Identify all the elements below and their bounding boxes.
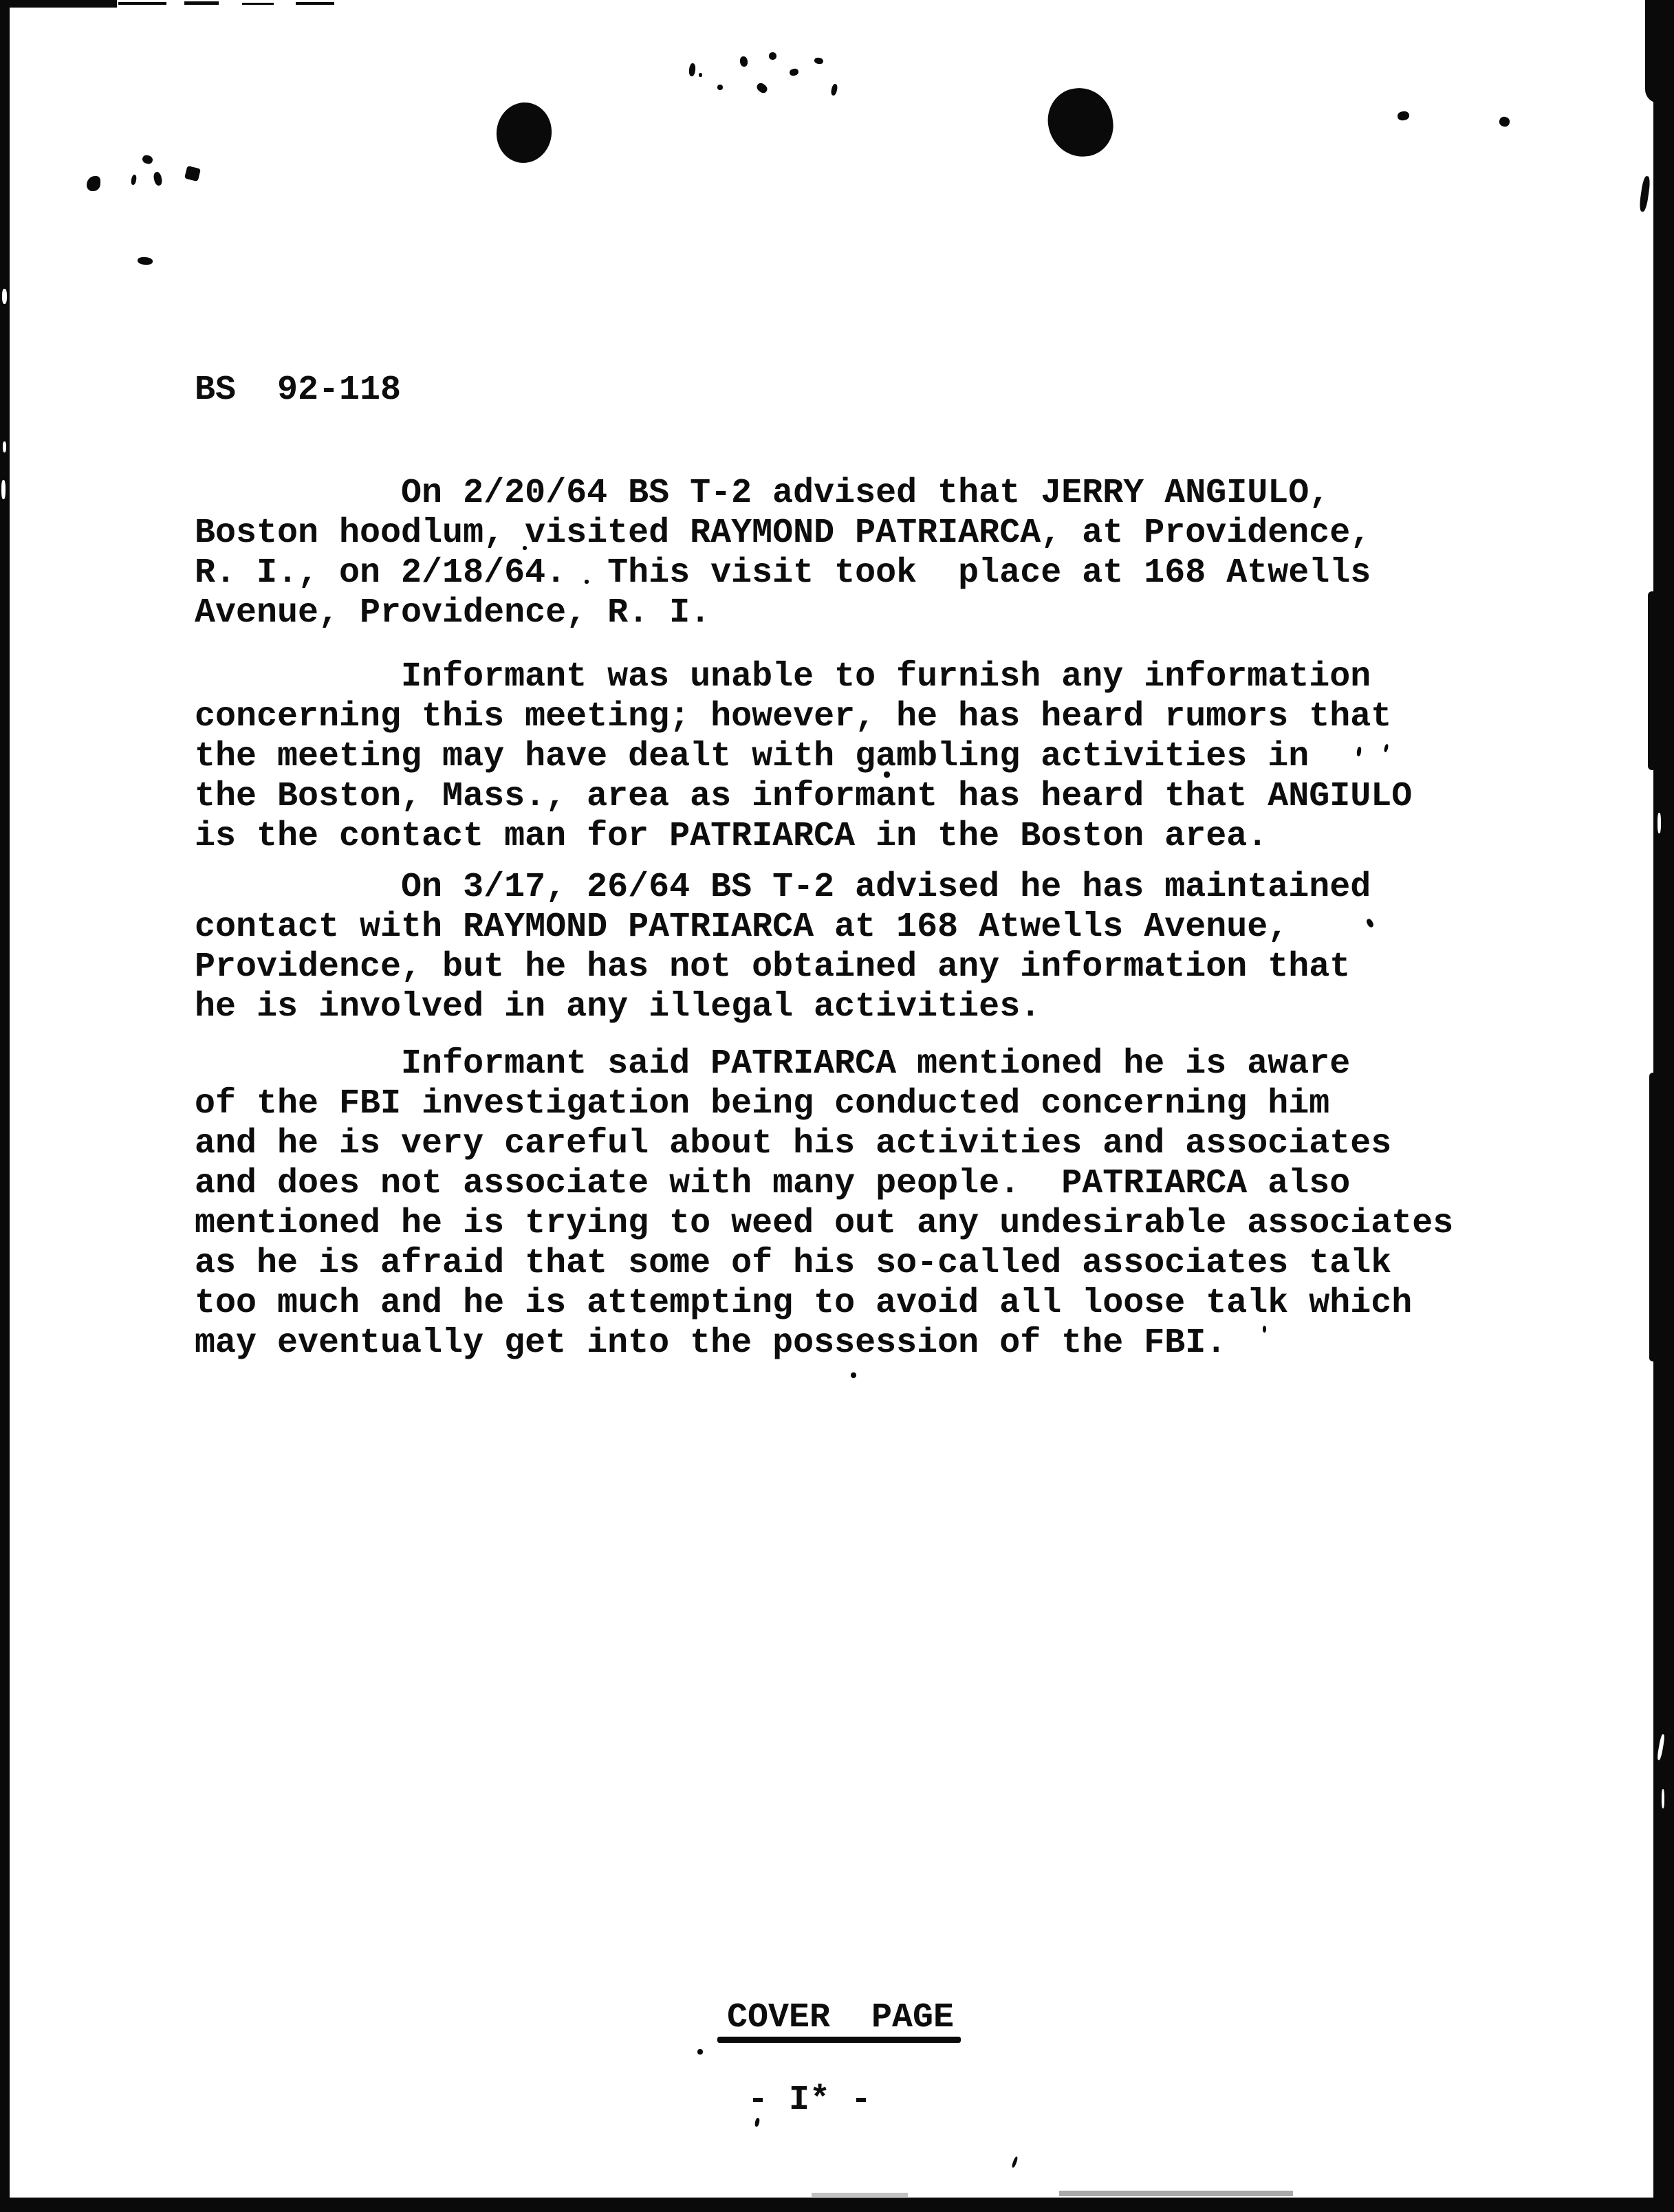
paragraph-2: Informant was unable to furnish any info…	[195, 657, 1412, 857]
border-fleck	[3, 441, 6, 452]
paragraph-4: Informant said PATRIARCA mentioned he is…	[195, 1044, 1453, 1364]
speckle	[153, 171, 163, 186]
ink-blot-right	[1044, 85, 1116, 161]
scan-bottom-smudge	[1059, 2191, 1293, 2196]
speckle	[138, 256, 153, 265]
scan-border-top-dash	[118, 2, 166, 5]
border-fleck	[1662, 1789, 1664, 1808]
speckle	[141, 154, 153, 165]
cover-page-label: COVER PAGE	[727, 1998, 954, 2038]
scan-border-top	[0, 0, 117, 8]
paragraph-1: On 2/20/64 BS T-2 advised that JERRY ANG…	[195, 474, 1371, 633]
speckle	[1397, 111, 1410, 122]
scan-border-top-dash	[296, 2, 334, 5]
scan-border-right	[1653, 0, 1674, 2212]
speckle	[830, 83, 838, 96]
speckle	[1011, 2156, 1019, 2169]
scan-border-top-dash	[184, 1, 219, 5]
speckle	[755, 81, 769, 94]
speckle	[717, 85, 723, 90]
speckle	[1498, 116, 1510, 127]
scan-border-top-dash	[242, 3, 274, 5]
scan-border-bottom	[0, 2198, 1674, 2212]
speckle	[789, 67, 799, 76]
scan-bottom-smudge	[812, 2193, 908, 2197]
scan-border-left	[0, 0, 10, 2212]
scan-border-right-cap	[1645, 0, 1674, 103]
paragraph-3: On 3/17, 26/64 BS T-2 advised he has mai…	[195, 868, 1371, 1027]
scan-border-right-bump	[1648, 591, 1656, 770]
scan-border-right-bump	[1649, 1073, 1656, 1361]
handwritten-mark	[1638, 175, 1651, 212]
speckle	[699, 73, 702, 77]
case-number: BS 92-118	[195, 371, 401, 410]
speckle	[688, 63, 696, 77]
speckle	[131, 175, 137, 186]
cover-page-underline	[717, 2037, 961, 2043]
ink-blot-left	[492, 99, 555, 166]
speckle	[739, 56, 748, 67]
speckle	[814, 57, 823, 65]
speckle	[851, 1372, 856, 1378]
border-fleck	[2, 289, 7, 304]
speckle	[697, 2049, 703, 2055]
page-number: - I* -	[748, 2081, 871, 2121]
speckle	[87, 176, 100, 191]
speckle	[184, 166, 201, 182]
border-fleck	[1657, 813, 1661, 833]
scanned-document-page: BS 92-118 On 2/20/64 BS T-2 advised that…	[0, 0, 1674, 2212]
border-fleck	[1, 480, 6, 499]
speckle	[769, 52, 776, 60]
